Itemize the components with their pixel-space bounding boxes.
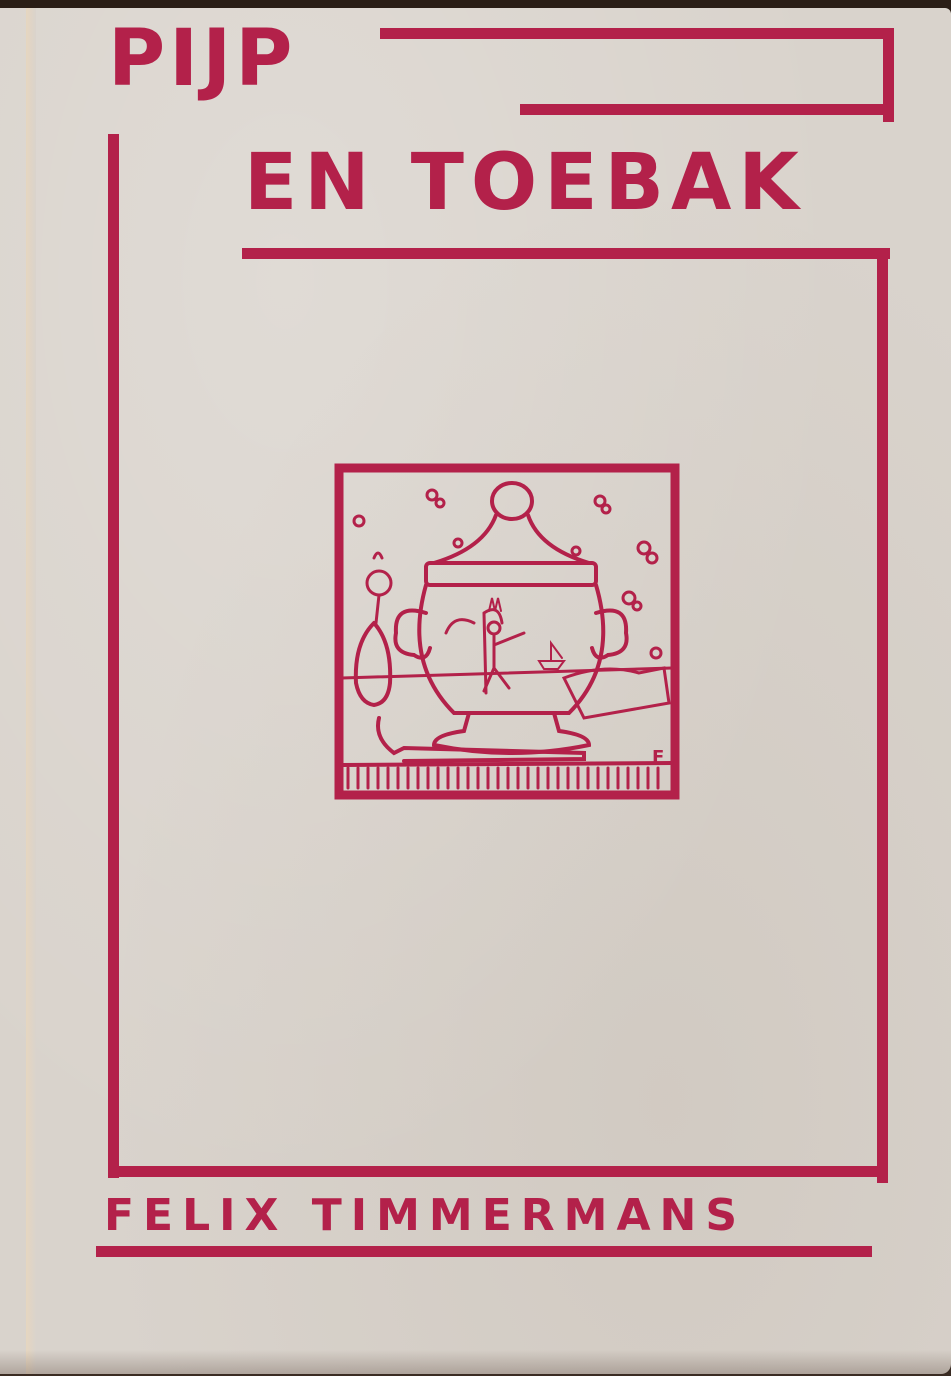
frame-left [108,134,119,1178]
title-middle-rule [520,104,894,115]
woodcut-illustration: F [334,463,680,800]
top-rule [380,28,894,39]
author-underline [96,1246,872,1257]
woodcut-monogram: F [652,747,664,768]
frame-bottom [108,1166,888,1177]
cover-bottom-wear [0,1350,951,1376]
title-line-1: PIJP [108,20,296,98]
frame-top [242,248,890,259]
spine-edge [26,8,36,1374]
frame-right [877,258,888,1183]
title-line-2: EN TOEBAK [244,144,806,222]
author-name: FELIX TIMMERMANS [104,1194,746,1238]
